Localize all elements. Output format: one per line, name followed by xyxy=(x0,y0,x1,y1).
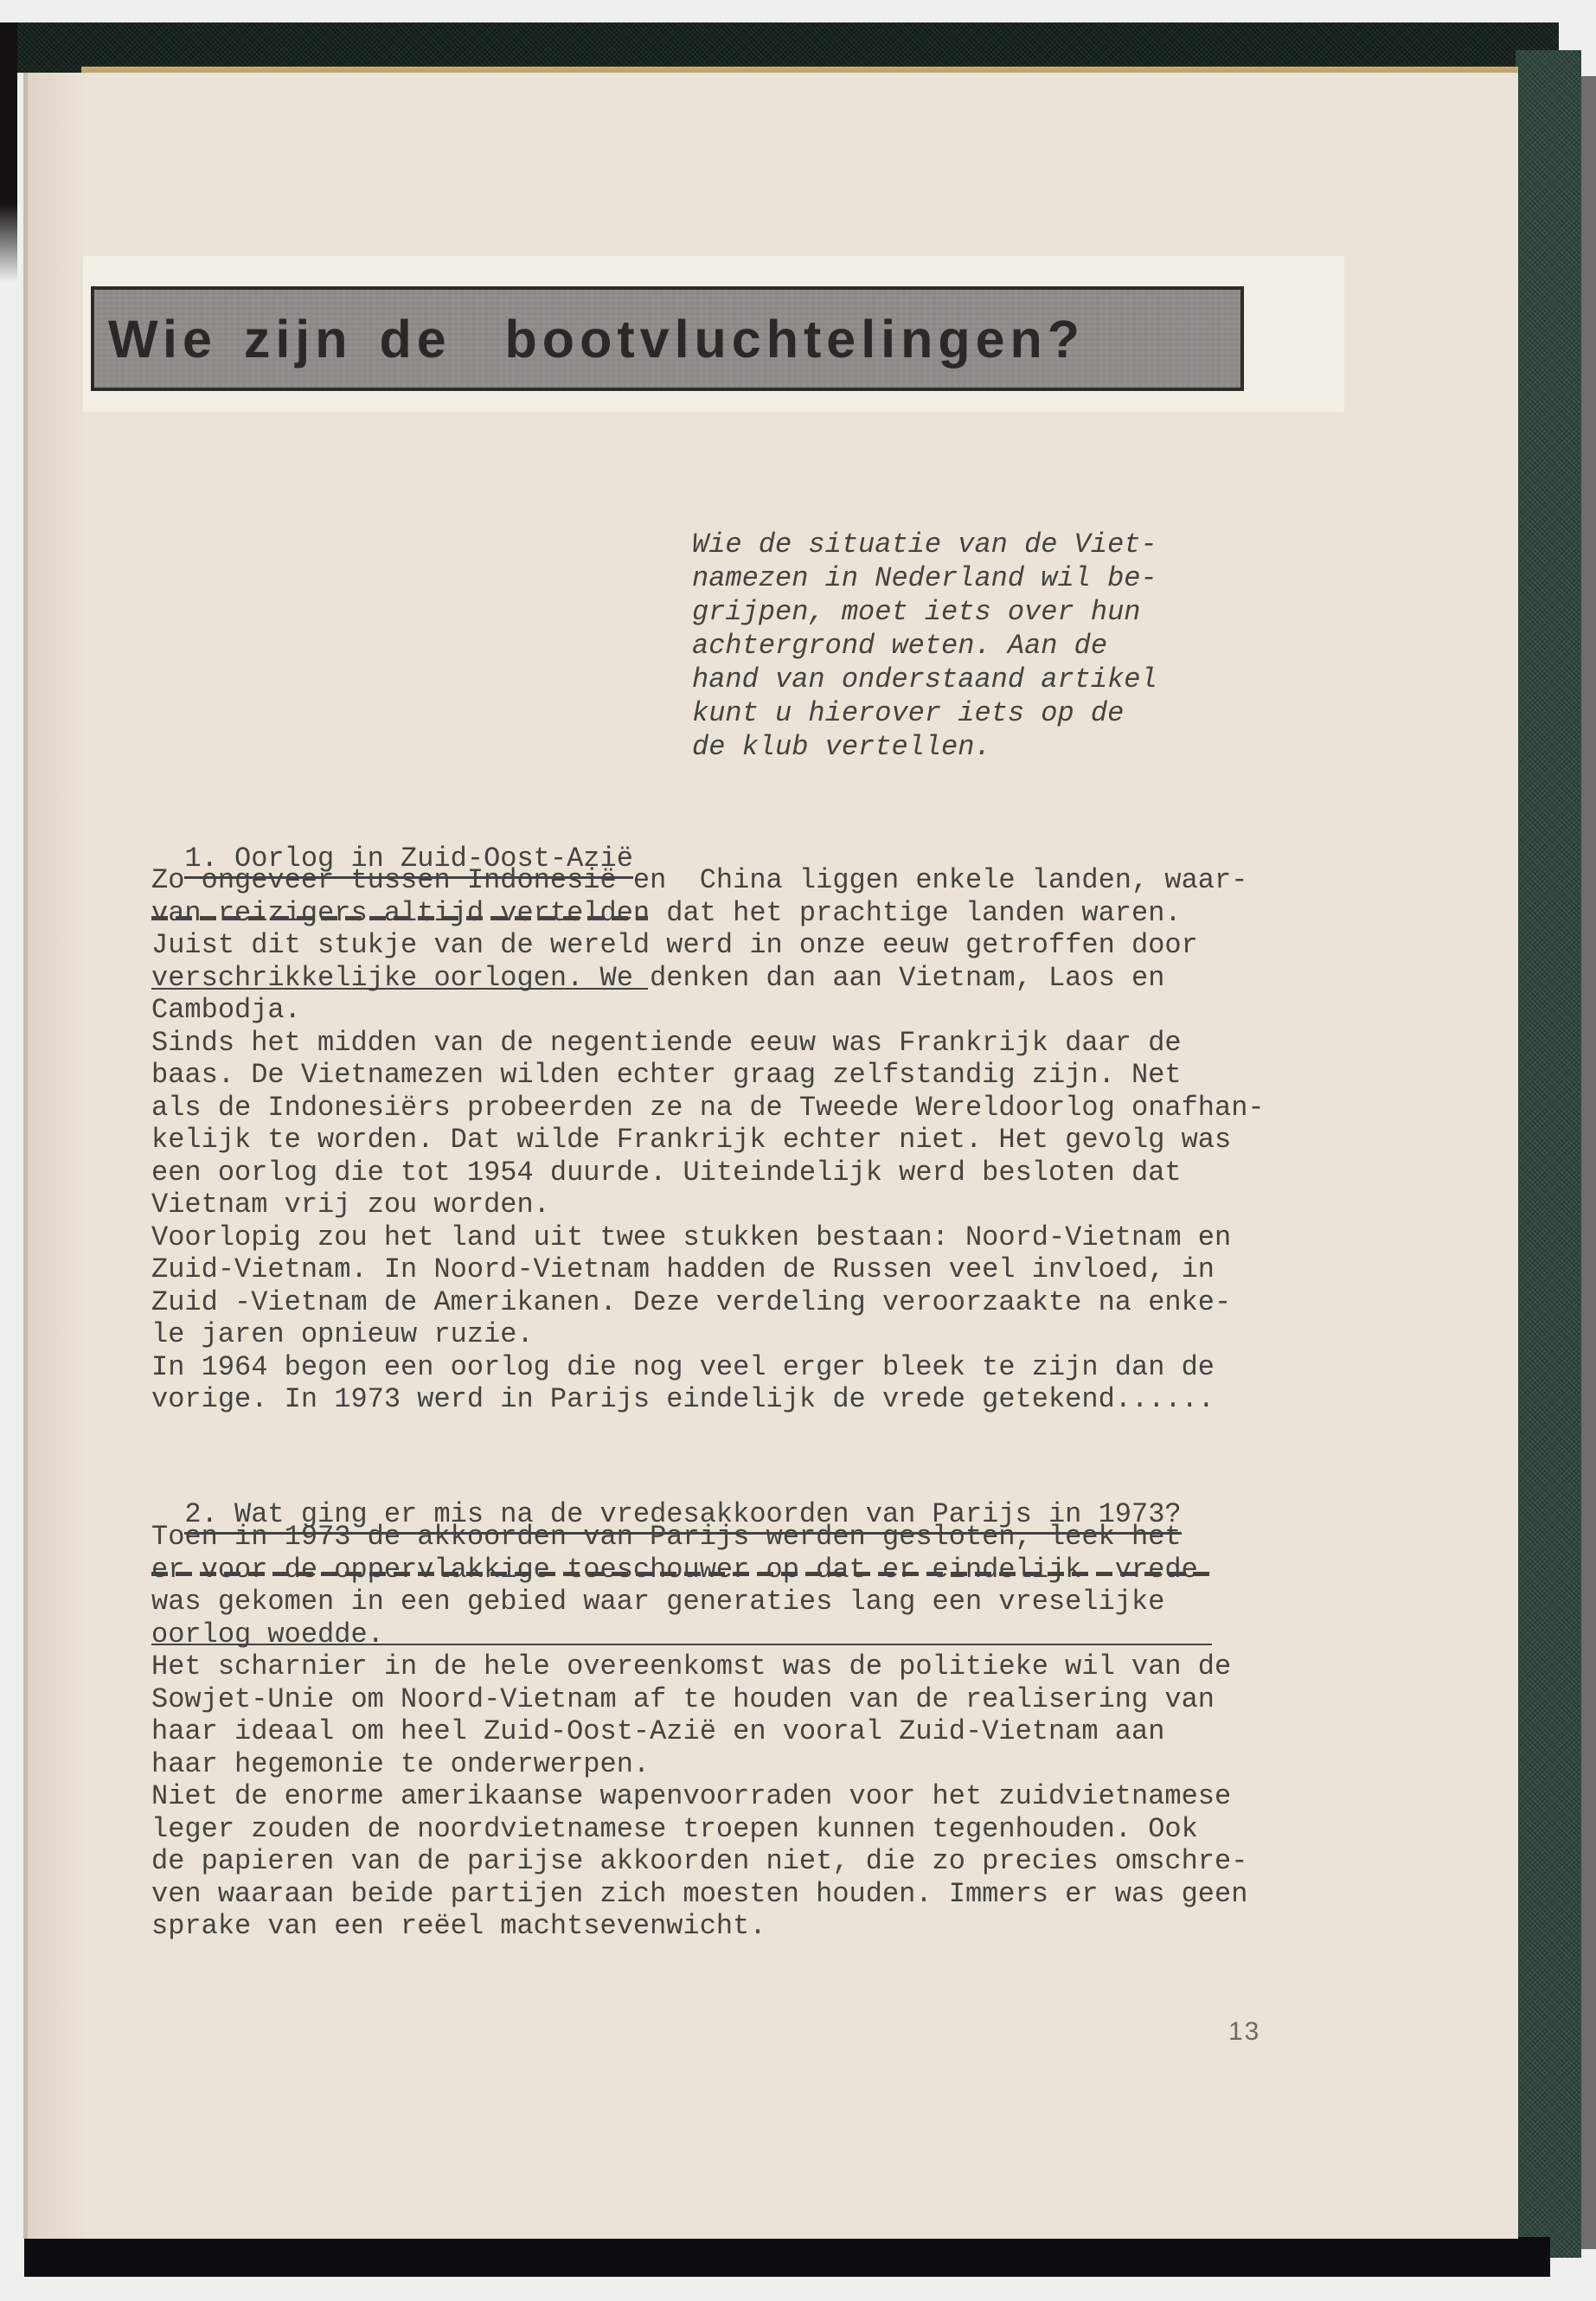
book-cover-top-edge xyxy=(0,22,1559,73)
section-1-body: Zo ongeveer tussen Indonesië en China li… xyxy=(151,864,1265,1416)
book-cover-bottom-edge xyxy=(24,2237,1550,2277)
title-banner: Wie zijn de bootvluchtelingen? xyxy=(91,286,1244,391)
photo-right-edge xyxy=(1581,76,1596,2249)
page-number: 13 xyxy=(1228,2017,1260,2047)
intro-paragraph: Wie de situatie van de Viet- namezen in … xyxy=(692,528,1157,764)
book-cover-left-corner xyxy=(0,22,17,282)
section-2-body: Toen in 1973 de akkoorden van Parijs wer… xyxy=(151,1521,1247,1943)
page-title: Wie zijn de bootvluchtelingen? xyxy=(108,309,1085,369)
book-cover-right-edge xyxy=(1516,50,1581,2258)
